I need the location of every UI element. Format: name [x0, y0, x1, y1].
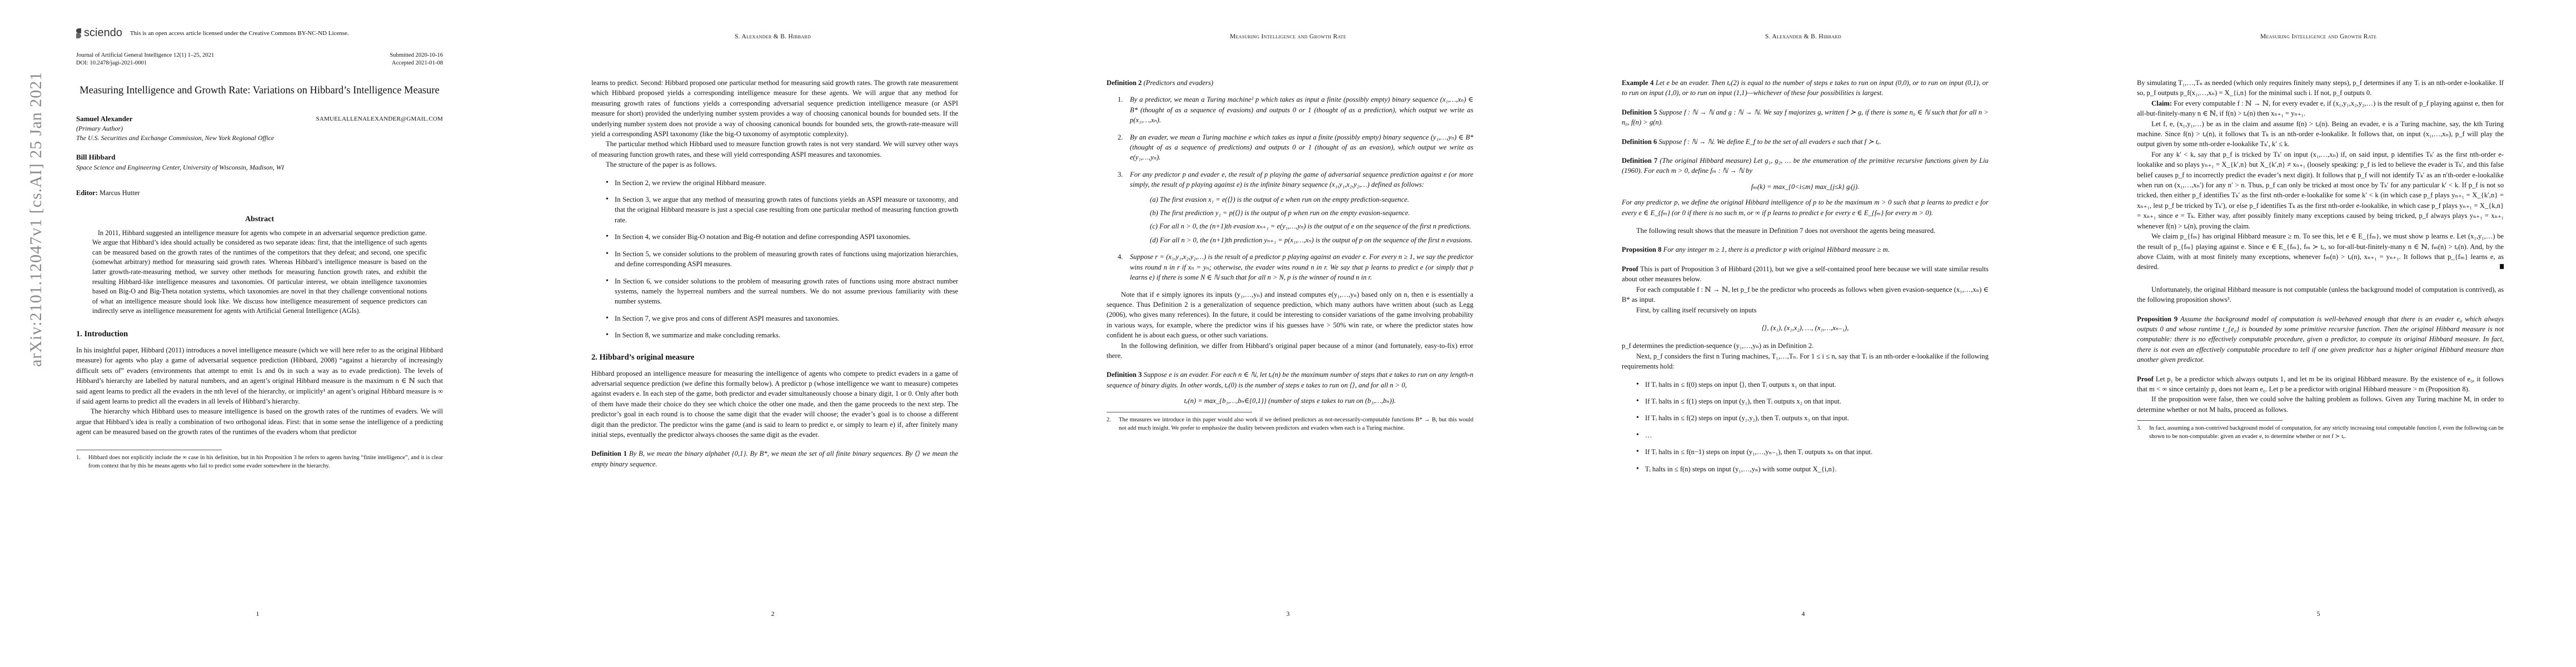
footnote: 2.The measures we introduce in this pape… [1107, 416, 1473, 432]
paragraph: The following result shows that the meas… [1622, 226, 1989, 236]
page-body: Example 4 Let e be an evader. Then tₑ(2)… [1622, 78, 1989, 481]
paragraph: Note that if e simply ignores its inputs… [1107, 290, 1473, 341]
paragraph: First, by calling itself recursively on … [1622, 305, 1989, 315]
page-number: 3 [1030, 610, 1546, 618]
lookalike-requirements-list: If Tᵢ halts in ≤ f(0) steps on input ⟨⟩,… [1622, 380, 1989, 474]
list-item: If Tᵢ halts in ≤ f(1) steps on input (y₁… [1645, 396, 1989, 406]
author-affiliation: Space Science and Engineering Center, Un… [76, 163, 443, 172]
page-number: 1 [0, 610, 515, 618]
list-item: 3.For any predictor p and evader e, the … [1130, 170, 1473, 245]
running-head: Measuring Intelligence and Growth Rate [1030, 33, 1546, 40]
paragraph: Unfortunately, the original Hibbard meas… [2137, 285, 2504, 305]
definition-7-continued: For any predictor p, we define the origi… [1622, 197, 1989, 218]
list-item: … [1645, 430, 1989, 440]
paragraph: The structure of the paper is as follows… [591, 160, 958, 170]
editor-line: Editor: Marcus Hutter [76, 188, 443, 198]
list-item: In Section 5, we consider solutions to t… [615, 249, 958, 270]
abstract-text: In 2011, Hibbard suggested an intelligen… [76, 228, 443, 316]
dates: Submitted 2020-10-16 Accepted 2021-01-08 [390, 52, 443, 67]
definition-5: Definition 5 Suppose f : ℕ → ℕ and g : ℕ… [1622, 107, 1989, 128]
sub-list: (a) The first evasion x₁ = e(⟨⟩) is the … [1130, 195, 1473, 246]
list-item: In Section 6, we consider solutions to t… [615, 276, 958, 307]
author-name: Bill Hibbard [76, 152, 443, 162]
doi: DOI: 10.2478/jagi-2021-0001 [76, 59, 443, 67]
proof: Proof Let p₁ be a predictor which always… [2137, 374, 2504, 395]
equation: fₘ(k) = max_{0<i≤m} max_{j≤k} gᵢ(j). [1622, 182, 1989, 192]
arxiv-stamp-text: arXiv:2101.12047v1 [cs.AI] 25 Jan 2021 [27, 72, 46, 367]
list-item: 2.By an evader, we mean a Turing machine… [1130, 132, 1473, 163]
sub-item: (b) The first prediction y₁ = p(⟨⟩) is t… [1150, 208, 1473, 218]
paragraph: Hibbard proposed an intelligence measure… [591, 369, 958, 440]
paragraph: p_f determines the prediction-sequence (… [1622, 341, 1989, 351]
sub-item: (c) For all n > 0, the (n+1)th evasion x… [1150, 221, 1473, 231]
page-number: 4 [1546, 610, 2061, 618]
page-body: Definition 2 (Predictors and evaders) 1.… [1107, 78, 1473, 432]
journal-citation: Journal of Artificial General Intelligen… [76, 52, 443, 59]
publisher-header: sciendo This is an open access article l… [76, 27, 349, 39]
page-2: S. Alexander & B. Hibbard learns to pred… [515, 0, 1030, 667]
license-text: This is an open access article licensed … [130, 30, 349, 37]
list-item: In Section 8, we summarize and make conc… [615, 330, 958, 340]
running-head: S. Alexander & B. Hibbard [515, 33, 1030, 40]
sub-item: (d) For all n > 0, the (n+1)th predictio… [1150, 235, 1473, 245]
paragraph: In the following definition, we differ f… [1107, 341, 1473, 361]
sciendo-logo-icon [76, 28, 81, 38]
list-item: If Tᵢ halts in ≤ f(2) steps on input (y₁… [1645, 413, 1989, 423]
page-3: Measuring Intelligence and Growth Rate D… [1030, 0, 1546, 667]
paper-title: Measuring Intelligence and Growth Rate: … [76, 83, 443, 98]
accepted-date: Accepted 2021-01-08 [390, 59, 443, 67]
paragraph: The particular method which Hibbard used… [591, 139, 958, 160]
footnote: 1.Hibbard does not explicitly include th… [76, 454, 443, 470]
running-head: S. Alexander & B. Hibbard [1546, 33, 2061, 40]
list-item: In Section 2, we review the original Hib… [615, 178, 958, 188]
list-item: 1.By a predictor, we mean a Turing machi… [1130, 94, 1473, 125]
definition-7: Definition 7 (The original Hibbard measu… [1622, 156, 1989, 176]
author-role: (Primary Author) [76, 124, 443, 133]
journal-info: Journal of Artificial General Intelligen… [76, 52, 443, 67]
author-block: Samuel Alexander SAMUELALLENALEXANDER@GM… [76, 114, 443, 470]
sciendo-logo: sciendo [76, 27, 122, 39]
sub-item: (a) The first evasion x₁ = e(⟨⟩) is the … [1150, 195, 1473, 205]
section-heading: 1. Introduction [76, 328, 443, 340]
arxiv-stamp: arXiv:2101.12047v1 [cs.AI] 25 Jan 2021 [4, 78, 27, 578]
list-item: If Tᵢ halts in ≤ f(0) steps on input ⟨⟩,… [1645, 380, 1989, 390]
paragraph: By simulating T₁,…,Tₙ as needed (which o… [2137, 78, 2504, 98]
definition-6: Definition 6 Suppose f : ℕ → ℕ. We defin… [1622, 137, 1989, 147]
equation: tₑ(n) = max_{b₁,…,bₙ∈{0,1}} (number of s… [1107, 396, 1473, 406]
definition-2-list: 1.By a predictor, we mean a Turing machi… [1107, 94, 1473, 282]
footnote-rule [2137, 420, 2283, 421]
page-4: S. Alexander & B. Hibbard Example 4 Let … [1546, 0, 2061, 667]
footnote-rule [1107, 412, 1252, 412]
footnote: 3.In fact, assuming a non-contrived back… [2137, 424, 2504, 441]
paragraph: Let f, e, (x₁,y₁,…) be as in the claim a… [2137, 119, 2504, 150]
author-affiliation: The U.S. Securities and Exchange Commiss… [76, 133, 443, 143]
page-5: Measuring Intelligence and Growth Rate B… [2061, 0, 2576, 667]
definition-2-heading: Definition 2 (Predictors and evaders) [1107, 78, 1473, 88]
definition-3: Definition 3 Suppose e is an evader. For… [1107, 370, 1473, 390]
page-number: 5 [2061, 610, 2576, 618]
paragraph: We claim p_{fₘ} has original Hibbard mea… [2137, 231, 2504, 272]
author-email[interactable]: SAMUELALLENALEXANDER@GMAIL.COM [316, 114, 443, 124]
page-body: learns to predict. Second: Hibbard propo… [591, 78, 958, 469]
claim: Claim: For every computable f : ℕ → ℕ, f… [2137, 98, 2504, 119]
page-1: arXiv:2101.12047v1 [cs.AI] 25 Jan 2021 s… [0, 0, 515, 667]
list-item: In Section 4, we consider Big-O notation… [615, 232, 958, 242]
list-item: If Tᵢ halts in ≤ f(n−1) steps on input (… [1645, 447, 1989, 457]
submitted-date: Submitted 2020-10-16 [390, 52, 443, 59]
paragraph: If the proposition were false, then we c… [2137, 394, 2504, 415]
paragraph: In his insightful paper, Hibbard (2011) … [76, 345, 443, 406]
running-head: Measuring Intelligence and Growth Rate [2061, 33, 2576, 40]
list-item: Tᵢ halts in ≤ f(n) steps on input (y₁,…,… [1645, 464, 1989, 474]
example-4: Example 4 Let e be an evader. Then tₑ(2)… [1622, 78, 1989, 98]
proof: Proof This is part of Proposition 3 of H… [1622, 264, 1989, 285]
section-heading: 2. Hibbard’s original measure [591, 352, 958, 363]
paragraph: Next, p_f considers the first n Turing m… [1622, 351, 1989, 372]
list-item: 4.Suppose r = (x₁,y₁,x₂,y₂,…) is the res… [1130, 252, 1473, 282]
section-overview-list: In Section 2, we review the original Hib… [591, 178, 958, 341]
equation: ⟨⟩, (x₁), (x₁,x₂), …, (x₁,…,xₙ₋₁), [1622, 323, 1989, 333]
paragraph: For any k′ < k, say that p_f is tricked … [2137, 150, 2504, 231]
abstract-heading: Abstract [76, 215, 443, 225]
footnote-rule [76, 450, 222, 450]
qed-icon [2500, 264, 2504, 269]
page-body: By simulating T₁,…,Tₙ as needed (which o… [2137, 78, 2504, 441]
paragraph: learns to predict. Second: Hibbard propo… [591, 78, 958, 139]
proposition-8: Proposition 8 For any integer m ≥ 1, the… [1622, 245, 1989, 255]
definition-1: Definition 1 By B, we mean the binary al… [591, 449, 958, 469]
proposition-9: Proposition 9 Assume the background mode… [2137, 314, 2504, 365]
paragraph: For each computable f : ℕ → ℕ, let p_f b… [1622, 285, 1989, 305]
page-number: 2 [515, 610, 1030, 618]
list-item: In Section 3, we argue that any method o… [615, 195, 958, 225]
list-item: In Section 7, we give pros and cons of d… [615, 313, 958, 323]
editor-name: Marcus Hutter [99, 189, 140, 197]
paragraph: The hierarchy which Hibbard uses to meas… [76, 406, 443, 437]
